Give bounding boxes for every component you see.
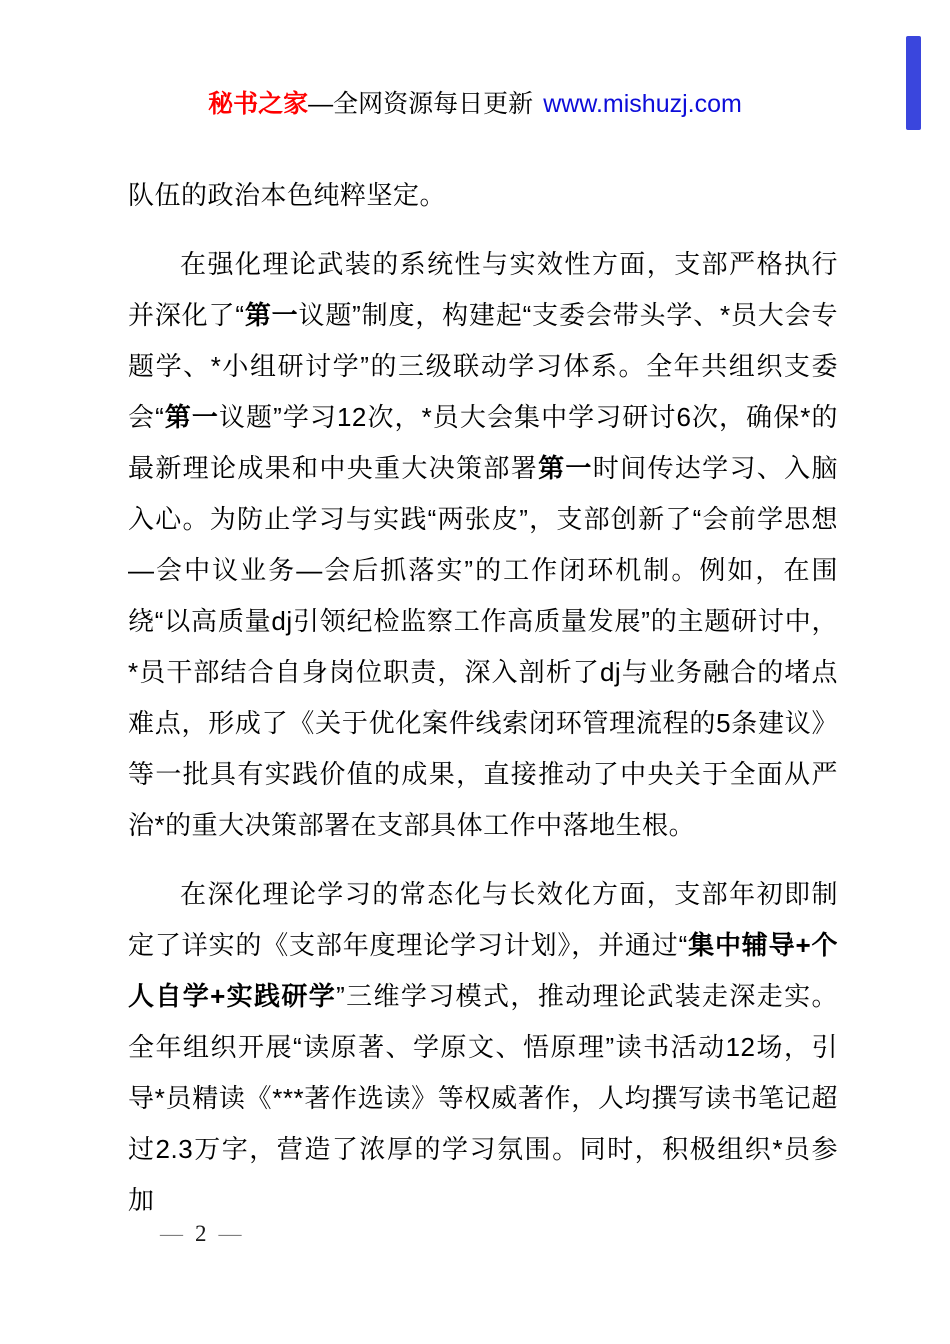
footer-left-dash: — [160, 1221, 183, 1246]
text-segment: ”三维学习模式，推动理论武装走深走实。全年组织开展“读原著、学原文、悟原理”读书… [128, 981, 838, 1215]
page-number: 2 [195, 1221, 207, 1246]
text-segment: 队伍的政治本色纯粹坚定。 [128, 180, 446, 210]
header-url-link[interactable]: www.mishuzj.com [543, 90, 742, 118]
header-separator: — [308, 90, 333, 118]
bold-text-segment: 第一 [245, 300, 299, 330]
brand-logo-text: 秘书之家 [208, 90, 308, 118]
document-body: 队伍的政治本色纯粹坚定。在强化理论武装的系统性与实效性方面，支部严格执行并深化了… [128, 170, 838, 1244]
footer-right-dash: — [219, 1221, 242, 1246]
bold-text-segment: 第一 [164, 402, 219, 432]
paragraph: 队伍的政治本色纯粹坚定。 [128, 170, 838, 221]
site-header: 秘书之家—全网资源每日更新www.mishuzj.com [0, 88, 950, 120]
header-tagline: 全网资源每日更新 [333, 90, 533, 118]
bold-text-segment: 第一 [538, 453, 593, 483]
text-segment: 时间传达学习、入脑入心。为防止学习与实践“两张皮”，支部创新了“会前学思想—会中… [128, 453, 838, 840]
page-number-footer: —2— [160, 1220, 242, 1248]
paragraph: 在强化理论武装的系统性与实效性方面，支部严格执行并深化了“第一议题”制度，构建起… [128, 239, 838, 851]
bookmark-marker [906, 36, 921, 130]
paragraph: 在深化理论学习的常态化与长效化方面，支部年初即制定了详实的《支部年度理论学习计划… [128, 869, 838, 1226]
